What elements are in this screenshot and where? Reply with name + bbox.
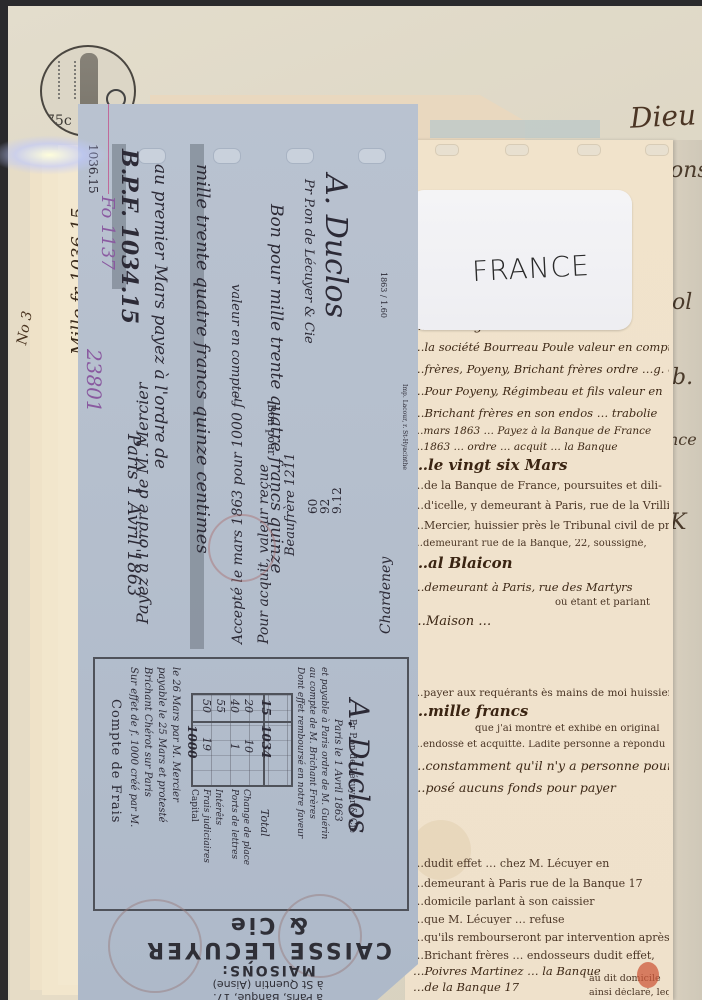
frais-footer: au compte de M. Brichant Frères	[307, 667, 317, 819]
bank-maisons-label: MAISONS:	[138, 962, 398, 978]
punch-hole	[577, 144, 601, 156]
signatory-company: Pr P.on de Lécuyer & Cie	[301, 179, 316, 344]
background-right-margin: ons ol b. nce K	[668, 140, 702, 1000]
bank-address-paris: à Paris, Banque, 17.	[138, 991, 398, 1000]
protest-line: …Brichant frères en son endos … trabolie	[413, 408, 669, 420]
figure: 9.12	[330, 487, 344, 514]
frais-row-label: Capital	[189, 789, 199, 822]
frais-value: 20	[242, 699, 255, 713]
printer-mark: Imp. Lacour, r. St-Hyacinthe	[401, 384, 408, 470]
protest-line: où étant et parlant	[555, 598, 669, 608]
payee-line: au premier Mars payez à l'ordre de	[150, 164, 170, 469]
france-label-sticker: FRANCE	[410, 190, 632, 330]
punch-hole	[358, 148, 386, 164]
label-text: FRANCE	[471, 249, 590, 288]
protest-line: …de la Banque 17	[413, 982, 533, 994]
signature: A. Duclos	[318, 174, 353, 318]
table-divider	[193, 721, 291, 723]
frais-footer: Dont effet remboursé en notre faveur	[295, 667, 305, 838]
punch-hole	[645, 144, 669, 156]
protest-amount-line: …mille francs	[413, 704, 669, 719]
light-glare	[0, 135, 110, 175]
pink-note: Fo 1137	[97, 196, 118, 270]
frais-value: 10	[242, 739, 255, 753]
margin-text: ons	[670, 158, 702, 183]
punch-hole	[435, 144, 459, 156]
serial-number: 23801	[82, 349, 106, 413]
protest-line: …endossé et acquitté. Ladite personne a …	[413, 740, 669, 750]
protest-line: …domicile parlant à son caissier	[413, 896, 669, 907]
protest-line: …frères, Poyeny, Brichant frères ordre ……	[413, 364, 669, 376]
value-line: valeur en compte	[228, 284, 243, 399]
protest-line: …qu'ils rembourseront par intervention a…	[413, 932, 669, 943]
bill-of-exchange: 1036.15 Fo 1137 23801 B.P.F. 1034.15 Par…	[78, 104, 418, 1000]
protest-line: …Brichant frères … endosseurs dudit effe…	[413, 950, 669, 961]
protest-line: …que M. Lécuyer … refuse	[413, 914, 669, 925]
frais-row-label: Intérêts	[213, 789, 223, 825]
protest-line: …constamment qu'il n'y a personne pour	[413, 760, 669, 773]
seal-value: 75c	[46, 113, 72, 129]
protest-name-line: …al Blaicon	[413, 556, 669, 571]
frais-intro: Sur effet de f. 1000 créé par M.	[128, 667, 139, 827]
frais-value: 1	[228, 743, 241, 750]
punch-hole	[286, 148, 314, 164]
protest-line: …demeurant à Paris rue de la Banque 17	[413, 878, 669, 889]
punch-hole	[213, 148, 241, 164]
protest-line: …payer aux requérants ès mains de moi hu…	[413, 688, 669, 699]
frais-value: 50	[200, 699, 213, 713]
amount-box: B.P.F. 1034.15	[116, 149, 142, 324]
margin-text: ol	[672, 290, 692, 315]
punch-hole	[505, 144, 529, 156]
frais-row-label: Change de place	[241, 789, 251, 865]
protest-line: …posé aucuns fonds pour payer	[413, 782, 669, 795]
protest-line: …de la Banque de France, poursuites et d…	[413, 480, 669, 491]
protest-line: …Maison …	[413, 615, 669, 628]
protest-line: que j'ai montré et exhibé en original	[475, 724, 669, 734]
small-stamp: 1863 / 1.60	[379, 272, 388, 318]
compte-de-frais-box: Compte de Frais Sur effet de f. 1000 cré…	[93, 657, 409, 911]
bank-name: CAISSE LÉCUYER & Cie	[138, 912, 398, 962]
protest-line: ainsi déclaré, lequel	[589, 988, 669, 998]
frais-value: 19	[200, 737, 213, 751]
protest-line: …dudit effet … chez M. Lécuyer en	[413, 858, 669, 869]
frais-total-centimes: 15	[259, 699, 273, 716]
frais-row-label: Frais judiciaires	[201, 789, 211, 863]
frais-intro: Brichant Chérot sur Paris	[142, 667, 153, 797]
frais-intro: payable le 25 Mars et protesté	[156, 667, 167, 822]
punch-hole	[138, 148, 166, 164]
frais-signature: A. Duclos	[342, 699, 375, 833]
frais-total-francs: 1034	[259, 725, 273, 758]
protest-line: …1863 … ordre … acquit … la Banque	[413, 442, 669, 453]
protest-date-line: …le vingt six Mars	[413, 458, 669, 473]
protest-line: …Pour Poyeny, Régimbeau et fils valeur e…	[413, 386, 669, 398]
olive-branch-icon	[58, 61, 76, 99]
frais-value: 55	[214, 699, 227, 713]
bank-address-st-quentin: à St Quentin (Aisne)	[138, 978, 398, 991]
frais-intro: le 26 Mars par M. Mercier	[170, 667, 181, 802]
bank-header-inverted: à Paris, Banque, 17. à St Quentin (Aisne…	[138, 912, 398, 1000]
frais-capital-francs: 1000	[185, 725, 199, 758]
protest-line: …d'icelle, y demeurant à Paris, rue de l…	[413, 500, 669, 511]
frais-value: 40	[228, 699, 241, 713]
red-circle-stamp	[208, 514, 276, 582]
blue-tab-strip	[430, 120, 600, 138]
paper-stain	[411, 820, 471, 880]
frais-title: Compte de Frais	[108, 699, 123, 823]
protest-line: …Mercier, huissier près le Tribunal civi…	[413, 520, 669, 531]
protest-line: …la société Bourreau Poule valeur en com…	[413, 342, 669, 354]
endorsement: Payez à l'ordre de M. Mercier	[133, 382, 152, 624]
red-wax-stain	[637, 962, 659, 988]
margin-text: b.	[672, 365, 693, 390]
frais-row-label: Ports de lettres	[229, 789, 239, 859]
protest-line: …mars 1863 … Payez à la Banque de France	[413, 426, 669, 437]
amount-in-words: mille trente quatre francs quinze centim…	[192, 164, 213, 554]
protest-line: …demeurant rue de la Banque, 22, soussig…	[413, 539, 669, 549]
background-header-script: Dieu	[629, 98, 697, 134]
protest-line: …demeurant à Paris, rue des Martyrs	[413, 582, 669, 594]
frais-footer: et payable à Paris ordre de M. Guérin	[319, 667, 329, 839]
endorsement-signature: Chardeney	[378, 557, 394, 634]
endorsement: Beaufrère 1211	[283, 453, 298, 556]
frais-total-label: Total	[258, 809, 271, 837]
